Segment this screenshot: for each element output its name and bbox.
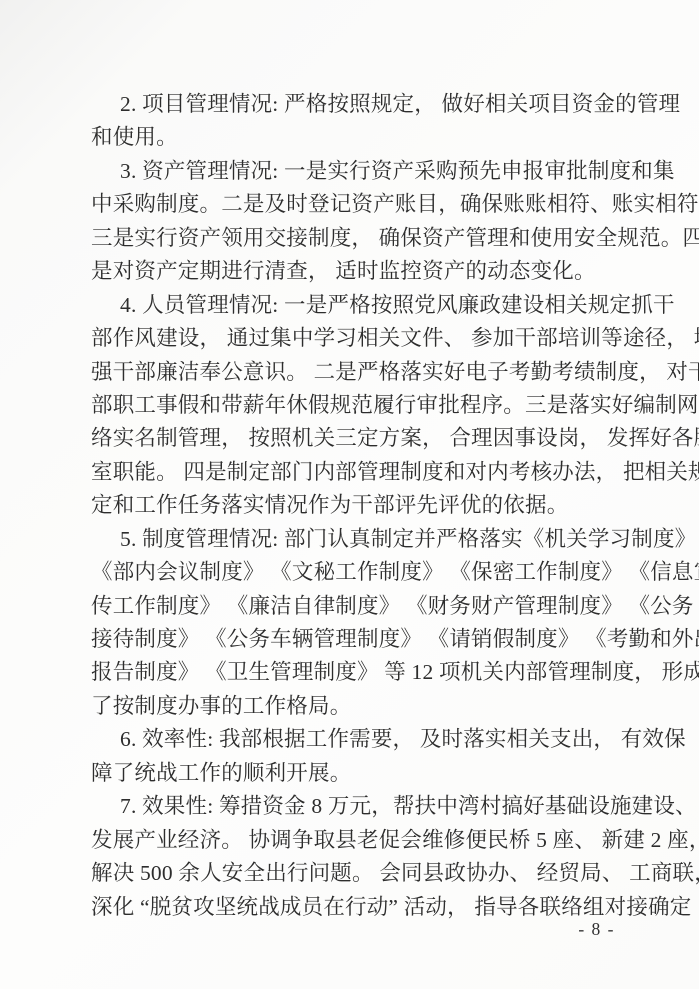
paragraph-line: 发展产业经济。 协调争取县老促会维修便民桥 5 座、 新建 2 座， xyxy=(91,824,638,857)
paragraph-line: 传工作制度》 《廉洁自律制度》 《财务财产管理制度》 《公务 xyxy=(91,590,638,623)
page-number: - 8 - xyxy=(578,917,615,941)
paragraph-line: 部作风建设， 通过集中学习相关文件、 参加干部培训等途径， 增 xyxy=(91,322,638,355)
paragraph-line: 3. 资产管理情况: 一是实行资产采购预先申报审批制度和集 xyxy=(91,155,638,188)
paragraph-line: 和使用。 xyxy=(91,121,638,154)
paragraph-line: 5. 制度管理情况: 部门认真制定并严格落实《机关学习制度》 xyxy=(91,523,638,556)
paragraph-line: 三是实行资产领用交接制度， 确保资产管理和使用安全规范。四 xyxy=(91,222,638,255)
paragraph-line: 7. 效果性: 筹措资金 8 万元，帮扶中湾村搞好基础设施建设、 xyxy=(91,790,638,823)
paragraph-line: 解决 500 余人安全出行问题。 会同县政协办、 经贸局、 工商联， xyxy=(91,857,638,890)
paragraph-line: 室职能。 四是制定部门内部管理制度和对内考核办法， 把相关规 xyxy=(91,456,638,489)
paragraph-line: 4. 人员管理情况: 一是严格按照党风廉政建设相关规定抓干 xyxy=(91,289,638,322)
document-body-text: 2. 项目管理情况: 严格按照规定， 做好相关项目资金的管理 和使用。 3. 资… xyxy=(91,88,638,924)
paragraph-line: 部职工事假和带薪年休假规范履行审批程序。三是落实好编制网 xyxy=(91,389,638,422)
paragraph-line: 《部内会议制度》 《文秘工作制度》 《保密工作制度》 《信息宣 xyxy=(91,556,638,589)
paragraph-line: 障了统战工作的顺利开展。 xyxy=(91,757,638,790)
paragraph-line: 了按制度办事的工作格局。 xyxy=(91,690,638,723)
paragraph-line: 强干部廉洁奉公意识。 二是严格落实好电子考勤考绩制度， 对干 xyxy=(91,356,638,389)
paragraph-line: 定和工作任务落实情况作为干部评先评优的依据。 xyxy=(91,489,638,522)
paragraph-line: 深化 “脱贫攻坚统战成员在行动” 活动， 指导各联络组对接确定 xyxy=(91,891,638,924)
document-page: 2. 项目管理情况: 严格按照规定， 做好相关项目资金的管理 和使用。 3. 资… xyxy=(0,0,699,989)
paragraph-line: 是对资产定期进行清查， 适时监控资产的动态变化。 xyxy=(91,255,638,288)
paragraph-line: 接待制度》 《公务车辆管理制度》 《请销假制度》 《考勤和外出 xyxy=(91,623,638,656)
paragraph-line: 络实名制管理， 按照机关三定方案， 合理因事设岗， 发挥好各股 xyxy=(91,422,638,455)
paragraph-line: 6. 效率性: 我部根据工作需要， 及时落实相关支出， 有效保 xyxy=(91,723,638,756)
paragraph-line: 报告制度》 《卫生管理制度》 等 12 项机关内部管理制度， 形成 xyxy=(91,656,638,689)
paragraph-line: 2. 项目管理情况: 严格按照规定， 做好相关项目资金的管理 xyxy=(91,88,638,121)
paragraph-line: 中采购制度。二是及时登记资产账目，确保账账相符、账实相符。 xyxy=(91,188,638,221)
